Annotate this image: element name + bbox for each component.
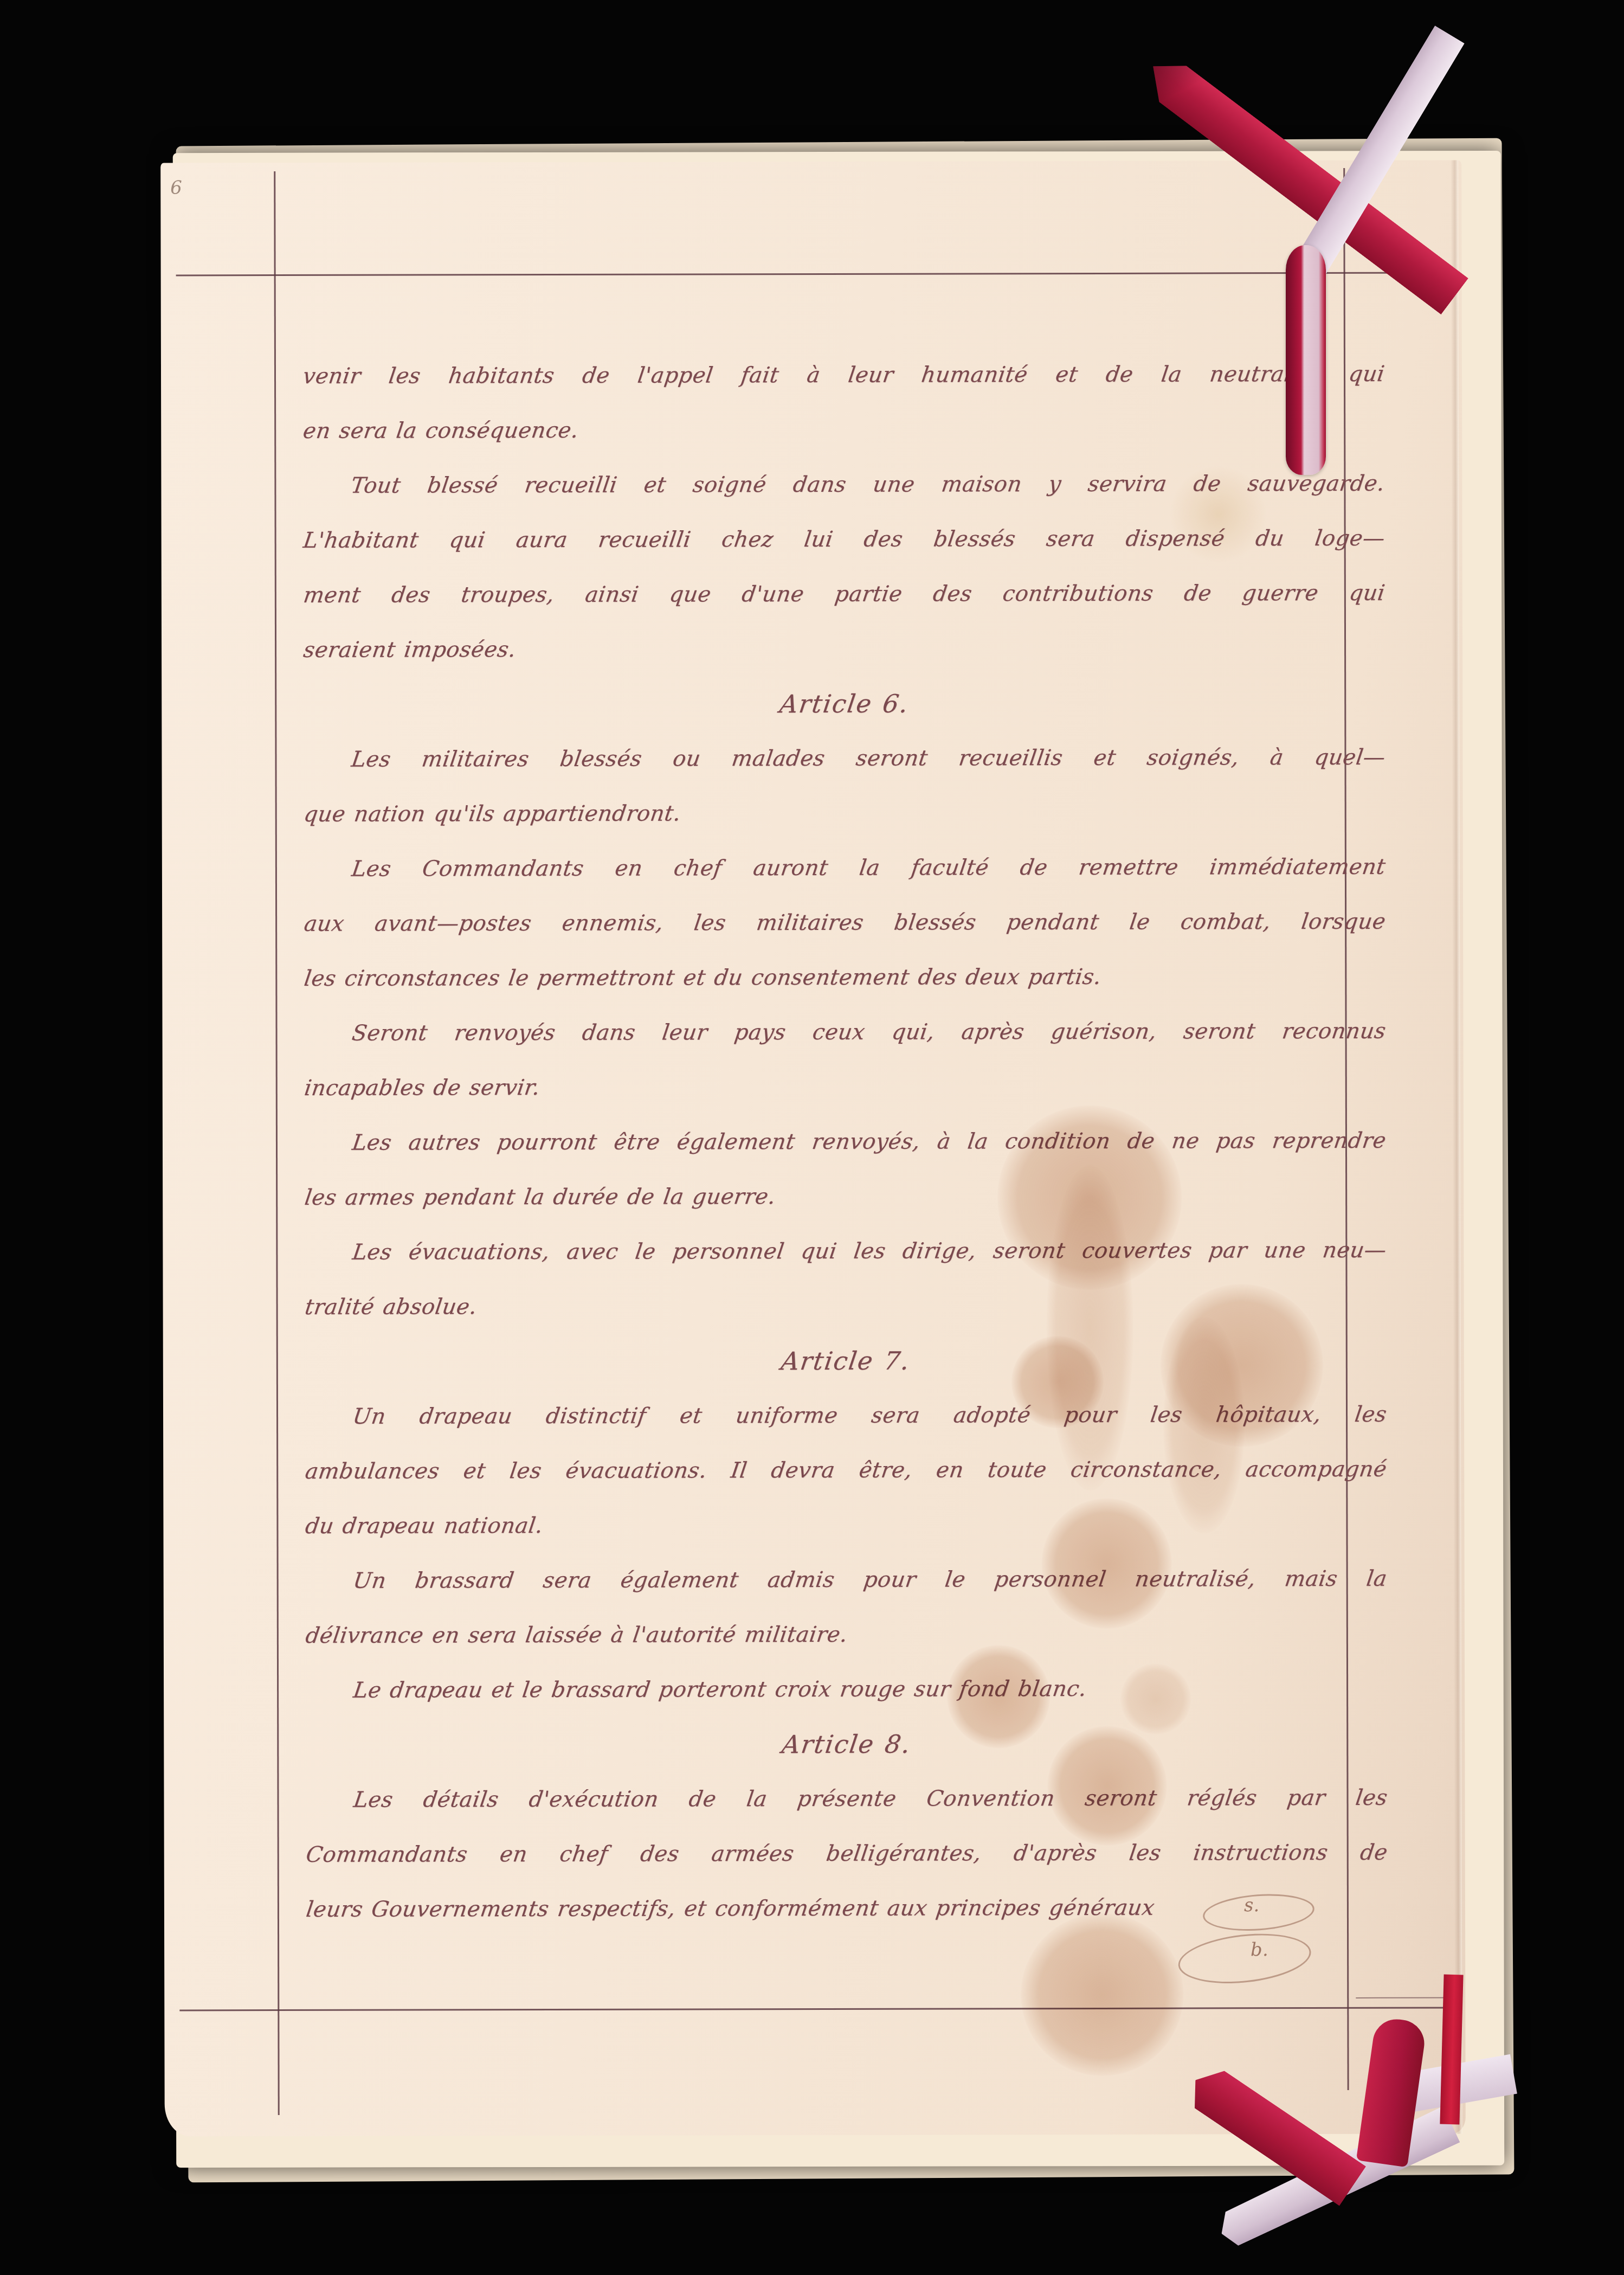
ink-stain-smear xyxy=(1046,1165,1133,1490)
manuscript-page: 6 venir les habitants de l'appel fait à … xyxy=(160,160,1466,2136)
paraph-initial-upper: s. xyxy=(1244,1894,1259,1916)
manuscript-line: en sera la conséquence. xyxy=(299,402,1388,459)
ink-stain xyxy=(1041,1499,1172,1629)
margin-line-bottom xyxy=(179,2007,1459,2011)
red-ribbon-bottom-strand xyxy=(1440,1975,1463,2125)
manuscript-line: Les détails d'exécution de la présente C… xyxy=(302,1771,1391,1828)
margin-line-left xyxy=(274,171,280,2115)
paper-crease xyxy=(1451,160,1462,2134)
age-spot xyxy=(1169,465,1267,563)
photo-background: 6 venir les habitants de l'appel fait à … xyxy=(0,0,1624,2275)
manuscript-line: Seront renvoyés dans leur pays ceux qui,… xyxy=(301,1004,1390,1061)
manuscript-line: seraient imposées. xyxy=(300,621,1389,678)
manuscript-line: aux avant—postes ennemis, les militaires… xyxy=(300,895,1389,952)
ink-stain xyxy=(1021,1913,1184,2077)
flourish-paraph-lower-loop xyxy=(1176,1927,1313,1989)
manuscript-text-block: venir les habitants de l'appel fait à le… xyxy=(303,347,1388,1937)
manuscript-line: incapables de servir. xyxy=(301,1059,1390,1116)
ink-stain-smear xyxy=(1163,1316,1245,1533)
manuscript-line: Les évacuations, avec le personnel qui l… xyxy=(301,1223,1390,1280)
manuscript-line: Le drapeau et le brassard porteront croi… xyxy=(302,1661,1391,1718)
margin-line-top xyxy=(176,272,1454,277)
article-heading: Article 8. xyxy=(302,1716,1391,1773)
page-number: 6 xyxy=(170,177,182,198)
manuscript-line: les circonstances le permettront et du c… xyxy=(300,949,1389,1006)
paraph-initial-lower: b. xyxy=(1251,1939,1268,1961)
red-ribbon-fold xyxy=(1138,50,1204,115)
ink-stain xyxy=(947,1645,1050,1748)
manuscript-line: ment des troupes, ainsi que d'une partie… xyxy=(300,566,1389,623)
red-ribbon-binding-loop xyxy=(1286,245,1326,475)
manuscript-line: Les autres pourront être également renvo… xyxy=(301,1114,1390,1171)
manuscript-line: les armes pendant la durée de la guerre. xyxy=(301,1168,1390,1225)
manuscript-line: Les militaires blessés ou malades seront… xyxy=(300,730,1389,787)
manuscript-line: venir les habitants de l'appel fait à le… xyxy=(299,347,1388,404)
manuscript-line: Les Commandants en chef auront la facult… xyxy=(300,840,1389,897)
manuscript-line: délivrance en sera laissée à l'autorité … xyxy=(302,1606,1391,1663)
manuscript-line: Commandants en chef des armées belligéra… xyxy=(302,1826,1391,1882)
manuscript-line: Un brassard sera également admis pour le… xyxy=(302,1552,1391,1609)
manuscript-line: que nation qu'ils appartiendront. xyxy=(300,785,1389,842)
article-heading: Article 6. xyxy=(300,676,1389,732)
ink-stain xyxy=(1120,1664,1191,1734)
ink-stain xyxy=(1047,1726,1167,1846)
